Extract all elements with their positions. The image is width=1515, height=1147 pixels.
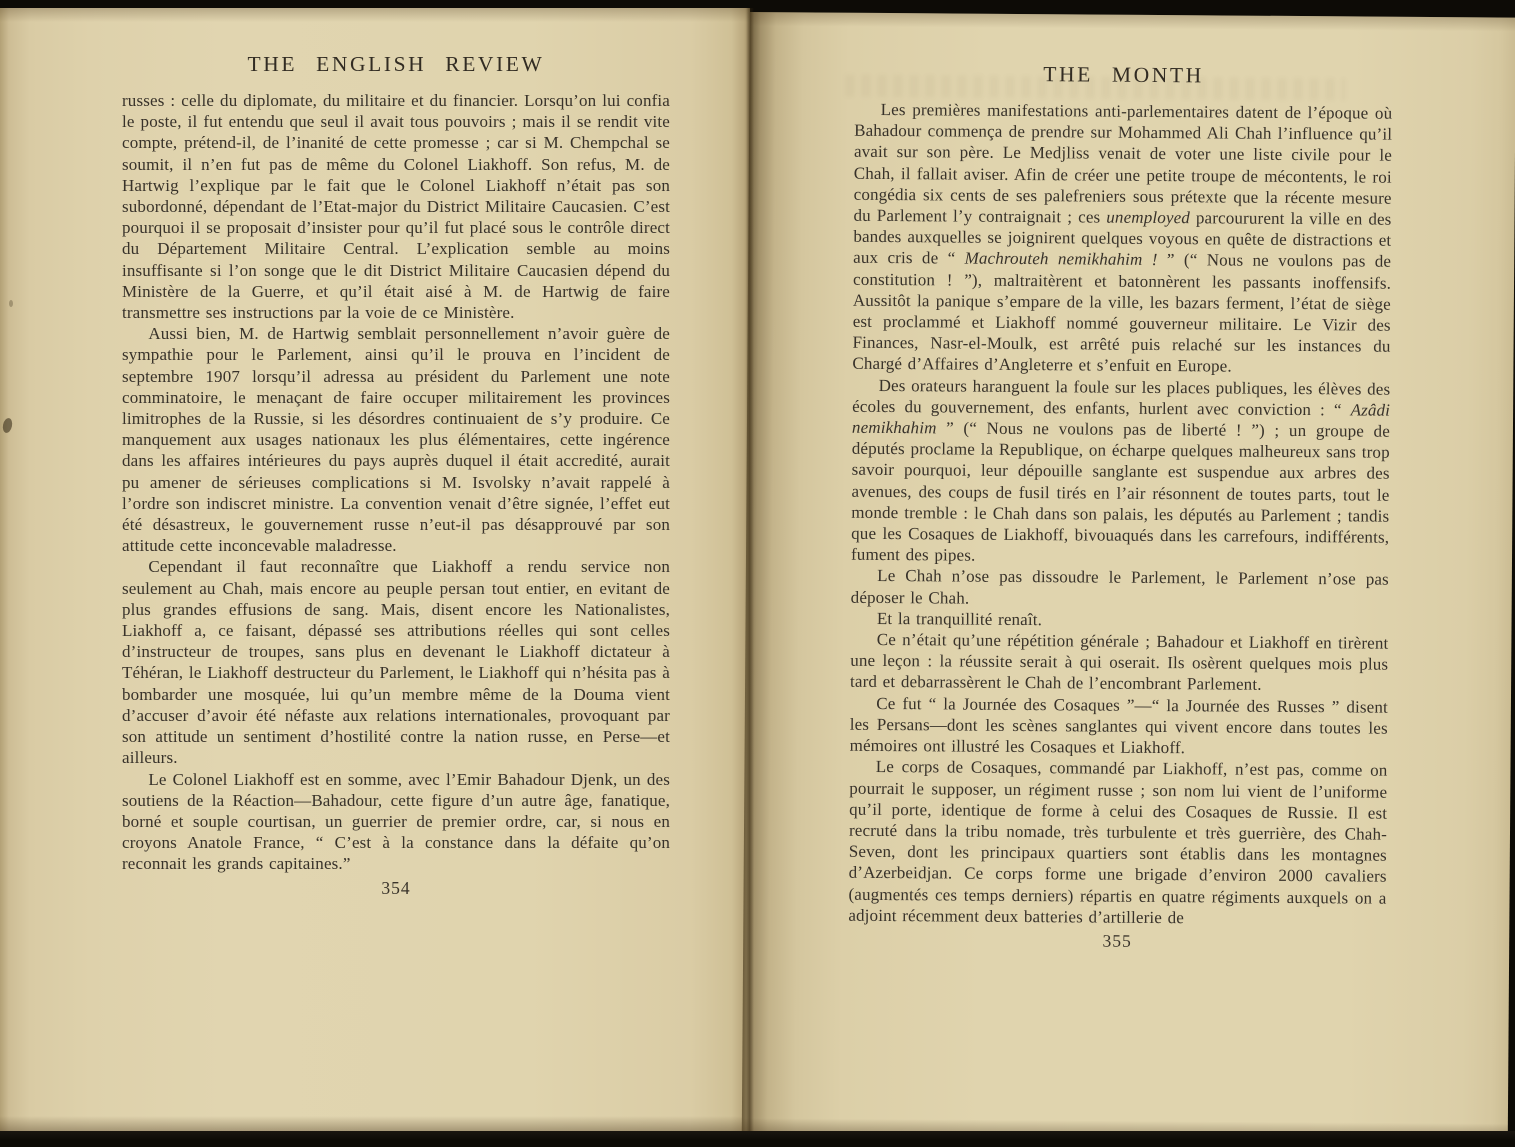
text-run: Le corps de Cosaques, commandé par Liakh… xyxy=(848,757,1387,927)
text-run: Ce fut “ la Journée des Cosaques ”—“ la … xyxy=(850,694,1388,758)
left-page-text: russes : celle du diplomate, du militair… xyxy=(122,90,670,875)
right-running-head: THE MONTH xyxy=(854,61,1392,90)
gutter-crease xyxy=(746,0,754,1147)
paragraph: Le Colonel Liakhoff est en somme, avec l… xyxy=(122,769,670,875)
text-run: Et la tranquillité renaît. xyxy=(877,609,1042,629)
text-run: Ce n’était qu’une répétition générale ; … xyxy=(850,630,1388,694)
left-running-head: THE ENGLISH REVIEW xyxy=(122,52,670,77)
left-page: THE ENGLISH REVIEW russes : celle du dip… xyxy=(0,8,750,1132)
paragraph: Aussi bien, M. de Hartwig semblait perso… xyxy=(122,323,670,556)
scanned-book-spread: THE ENGLISH REVIEW russes : celle du dip… xyxy=(0,0,1515,1147)
paragraph: russes : celle du diplomate, du militair… xyxy=(122,90,670,323)
paragraph: Ce fut “ la Journée des Cosaques ”—“ la … xyxy=(850,692,1388,760)
paragraph: Le Chah n’ose pas dissoudre le Parlement… xyxy=(851,565,1389,611)
right-page: THE MONTH Les premières manifestations a… xyxy=(742,12,1515,1140)
text-run: ” (“ Nous ne voulons pas de liberté ! ”)… xyxy=(851,418,1390,565)
text-run: Le Chah n’ose pas dissoudre le Parlement… xyxy=(851,566,1389,607)
paragraph: Des orateurs haranguent la foule sur les… xyxy=(851,374,1390,569)
text-run: Le Colonel Liakhoff est en somme, avec l… xyxy=(122,770,670,874)
text-run: ” (“ Nous ne voulons pas de constitution… xyxy=(852,250,1391,375)
text-run: Des orateurs haranguent la foule sur les… xyxy=(852,376,1390,420)
scan-edge-bottom xyxy=(0,1131,1515,1147)
paragraph: Les premières manifestations anti-parlem… xyxy=(852,99,1392,379)
scan-edge-top xyxy=(0,0,1515,8)
paragraph: Cependant il faut reconnaître que Liakho… xyxy=(122,556,670,768)
italic-phrase: Machrouteh nemikhahim ! xyxy=(965,249,1167,269)
text-run: Aussi bien, M. de Hartwig semblait perso… xyxy=(122,324,670,555)
ink-speck xyxy=(9,300,13,307)
right-page-number: 355 xyxy=(848,929,1386,954)
text-run: russes : celle du diplomate, du militair… xyxy=(122,91,670,322)
text-run: Cependant il faut reconnaître que Liakho… xyxy=(122,557,670,767)
paragraph: Le corps de Cosaques, commandé par Liakh… xyxy=(848,756,1387,930)
left-page-number: 354 xyxy=(122,878,670,899)
italic-phrase: unemployed xyxy=(1106,208,1190,228)
right-page-text: Les premières manifestations anti-parlem… xyxy=(848,99,1392,930)
paragraph: Ce n’était qu’une répétition générale ; … xyxy=(850,629,1388,697)
